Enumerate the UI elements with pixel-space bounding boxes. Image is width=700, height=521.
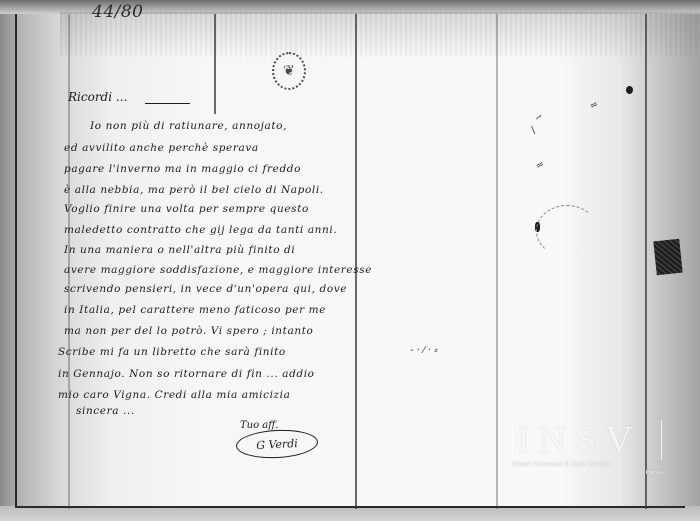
letter-line: scrivendo pensieri, in vece d'un'opera q…: [64, 283, 347, 295]
letter-line: pagare l'inverno ma in maggio ci freddo: [64, 163, 301, 175]
watermark-logo: INSV: [512, 420, 662, 460]
letter-line: Voglio finire una volta per sempre quest…: [64, 203, 309, 215]
archive-page-number: 44/80: [92, 2, 144, 22]
pencil-mark: ≈: [588, 99, 601, 113]
pencil-mark: ~: [532, 111, 545, 125]
letter-line: mio caro Vigna. Credi alla mia amicizia: [58, 389, 291, 401]
library-stamp-icon: ❦: [272, 52, 306, 90]
fold-line: [214, 14, 216, 114]
pencil-mark: - · ⁄ · ⸗: [410, 345, 438, 356]
letter-line: avere maggiore soddisfazione, e maggiore…: [64, 264, 372, 276]
seal-impression: [536, 205, 598, 257]
fold-line: [68, 14, 70, 509]
letter-line: ma non per del lo potrò. Vi spero ; inta…: [64, 325, 313, 337]
ink-spot: [626, 86, 633, 94]
pencil-mark: /: [529, 125, 539, 136]
letter-salutation: Ricordi ...: [68, 90, 127, 104]
watermark-institution: Istituto Nazionale di Studi Verdiani: [512, 460, 662, 469]
fold-line: [496, 14, 498, 509]
letter-line: sincera ...: [76, 405, 135, 417]
signature: G Verdi: [235, 428, 318, 460]
letter-line: in Italia, pel carattere meno faticoso p…: [64, 304, 326, 316]
wax-seal-fragment: [653, 239, 682, 276]
pencil-mark: ≈: [534, 159, 547, 173]
scan-bottom-edge: [0, 506, 700, 521]
salutation-underline: [145, 103, 190, 104]
document-scan: 44/80 ❦ Ricordi ... Io non più di ratiun…: [0, 0, 700, 521]
letter-line: In una maniera o nell'altra più finito d…: [64, 244, 295, 256]
page-border-bottom: [15, 506, 685, 508]
paper-stain: [60, 12, 700, 57]
page-border-left: [15, 14, 17, 507]
letter-line: ed avvilito anche perchè sperava: [64, 142, 259, 154]
institution-watermark: INSV Istituto Nazionale di Studi Verdian…: [512, 420, 662, 480]
letter-line: Io non più di ratiunare, annojato,: [90, 120, 287, 132]
letter-line: Scribe mi fa un libretto che sarà finito: [58, 346, 286, 358]
letter-line: maledetto contratto che gij lega da tant…: [64, 224, 337, 236]
letter-line: è alla nebbia, ma però il bel cielo di N…: [64, 184, 324, 196]
watermark-city: Parma: [512, 469, 662, 476]
fold-line: [355, 14, 357, 509]
letter-line: in Gennajo. Non so ritornare di fin ... …: [58, 368, 315, 380]
